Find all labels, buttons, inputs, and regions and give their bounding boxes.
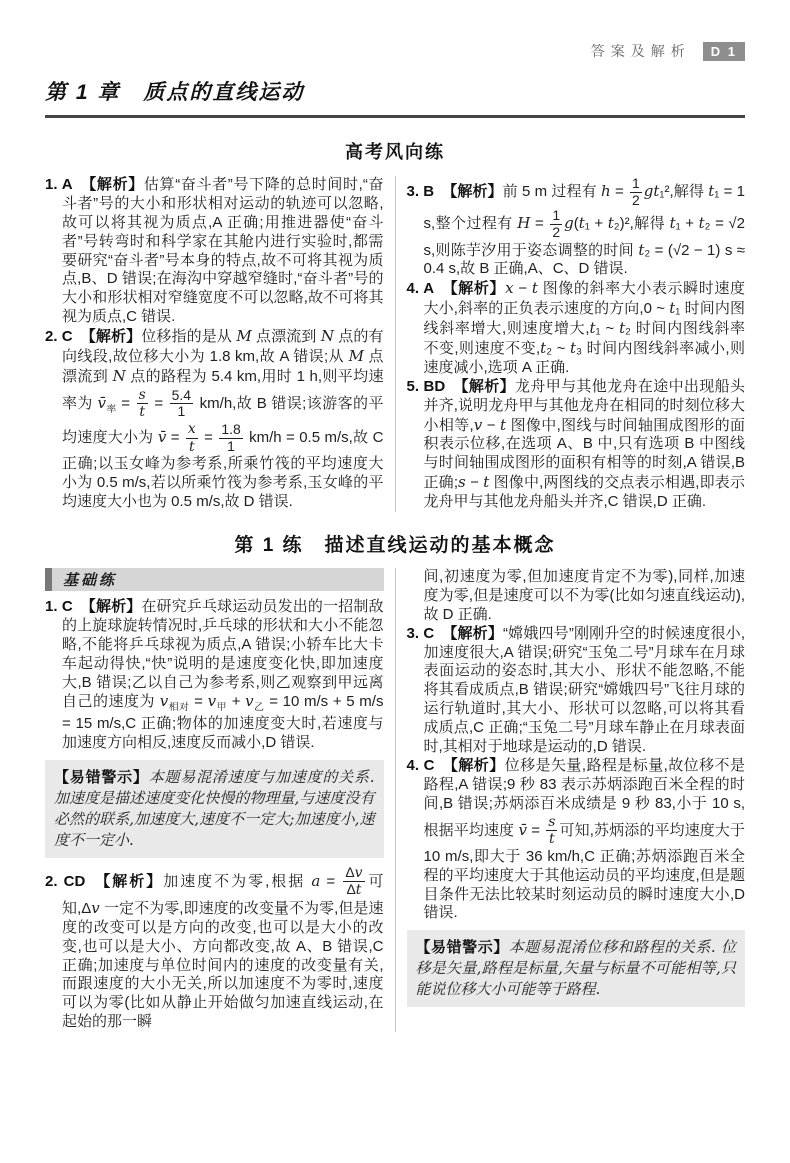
answer-item: 5. BD【解析】龙舟甲与其他龙舟在途中出现船头并齐,说明龙舟甲与其他龙舟在相同… bbox=[407, 378, 746, 512]
section-lian-1: 第 1 练 描述直线运动的基本概念 基础练 1. C【解析】在研究乒乓球运动员发… bbox=[45, 530, 745, 1032]
header-label: 答案及解析 bbox=[591, 41, 691, 61]
two-column-layout: 基础练 1. C【解析】在研究乒乓球运动员发出的一招制敌的上旋球旋转情况时,乒乓… bbox=[45, 568, 745, 1032]
fraction: 5.41 bbox=[170, 388, 193, 420]
answer-item: 4. C【解析】位移是矢量,路程是标量,故位移不是路程,A 错误;9 秒 83 … bbox=[407, 757, 746, 923]
fraction: 12 bbox=[550, 208, 562, 240]
section-title: 高考风向练 bbox=[45, 138, 745, 164]
answer-label: 3. C bbox=[407, 625, 435, 642]
left-column: 1. A【解析】估算“奋斗者”号下降的总时间时,“奋斗者”号的大小和形状相对运动… bbox=[45, 176, 395, 512]
section-gaokao-fengxiang: 高考风向练 1. A【解析】估算“奋斗者”号下降的总时间时,“奋斗者”号的大小和… bbox=[45, 138, 745, 512]
page-number-badge: D 1 bbox=[703, 42, 745, 61]
answer-item: 2. C【解析】位移指的是从 M 点漂流到 N 点的有向线段,故位移大小为 1.… bbox=[45, 327, 384, 512]
left-column-items: 1. C【解析】在研究乒乓球运动员发出的一招制敌的上旋球旋转情况时,乒乓球的形状… bbox=[45, 598, 384, 1032]
warning-box: 【易错警示】本题易混淆速度与加速度的关系. 加速度是描述速度变化快慢的物理量,与… bbox=[45, 760, 384, 858]
fraction: 1.81 bbox=[219, 422, 242, 454]
warning-box: 【易错警示】本题易混淆位移和路程的关系. 位移是矢量,路程是标量,矢量与标量不可… bbox=[407, 930, 746, 1007]
answer-item: 3. B【解析】前 5 m 过程有 h = 12gt₁²,解得 t₁ = 1 s… bbox=[407, 176, 746, 279]
answer-item: 3. C【解析】“嫦娥四号”刚刚升空的时候速度很小,加速度很大,A 错误;研究“… bbox=[407, 625, 746, 757]
basic-practice-bar: 基础练 bbox=[45, 568, 384, 591]
chapter-title: 第 1 章 质点的直线运动 bbox=[45, 76, 745, 118]
answer-item: 4. A【解析】x − t 图像的斜率大小表示瞬时速度大小,斜率的正负表示速度的… bbox=[407, 279, 746, 377]
answer-label: 2. C bbox=[45, 328, 73, 345]
fraction: st bbox=[546, 814, 557, 848]
answer-label: 3. B bbox=[407, 183, 435, 200]
right-column: 间,初速度为零,但加速度肯定不为零),同样,加速度为零,但是速度可以不为零(比如… bbox=[396, 568, 746, 1032]
answer-item: 1. C【解析】在研究乒乓球运动员发出的一招制敌的上旋球旋转情况时,乒乓球的形状… bbox=[45, 598, 384, 753]
fraction: st bbox=[137, 387, 148, 421]
bar-notch-decoration bbox=[45, 568, 52, 591]
warning-label: 【易错警示】 bbox=[54, 769, 149, 786]
answer-key-page: 答案及解析 D 1 第 1 章 质点的直线运动 高考风向练 1. A【解析】估算… bbox=[0, 0, 790, 1163]
left-column: 基础练 1. C【解析】在研究乒乓球运动员发出的一招制敌的上旋球旋转情况时,乒乓… bbox=[45, 568, 395, 1032]
fraction: xt bbox=[186, 421, 198, 455]
answer-label: 4. A bbox=[407, 280, 435, 297]
warning-label: 【易错警示】 bbox=[416, 939, 509, 956]
basic-practice-label: 基础练 bbox=[63, 569, 117, 590]
two-column-layout: 1. A【解析】估算“奋斗者”号下降的总时间时,“奋斗者”号的大小和形状相对运动… bbox=[45, 176, 745, 512]
right-column: 3. B【解析】前 5 m 过程有 h = 12gt₁²,解得 t₁ = 1 s… bbox=[396, 176, 746, 512]
answer-label: 2. CD bbox=[45, 873, 85, 890]
section-title: 第 1 练 描述直线运动的基本概念 bbox=[45, 530, 745, 557]
answer-label: 1. C bbox=[45, 598, 73, 615]
page-header: 答案及解析 D 1 bbox=[45, 40, 745, 62]
answer-label: 1. A bbox=[45, 176, 73, 193]
answer-item: 2. CD【解析】加速度不为零,根据 a = ΔvΔt可知,Δv 一定不为零,即… bbox=[45, 865, 384, 1032]
continuation-paragraph: 间,初速度为零,但加速度肯定不为零),同样,加速度为零,但是速度可以不为零(比如… bbox=[407, 568, 746, 625]
fraction: ΔvΔt bbox=[343, 865, 364, 899]
answer-item: 1. A【解析】估算“奋斗者”号下降的总时间时,“奋斗者”号的大小和形状相对运动… bbox=[45, 176, 384, 327]
fraction: 12 bbox=[630, 176, 642, 208]
answer-label: 5. BD bbox=[407, 378, 446, 395]
answer-label: 4. C bbox=[407, 757, 435, 774]
